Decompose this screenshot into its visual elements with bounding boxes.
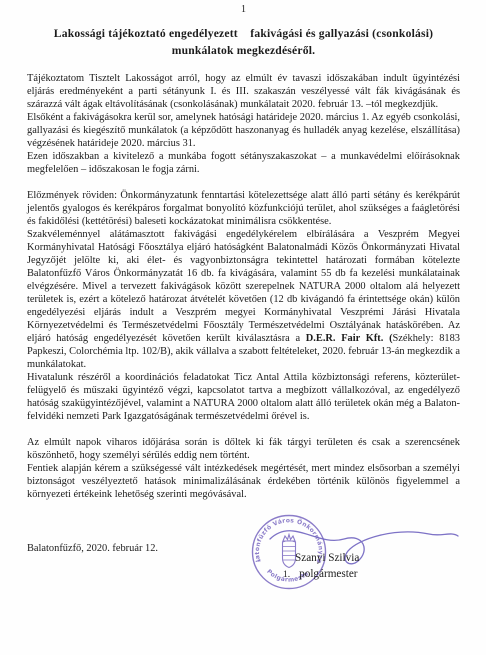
paragraph: Szakvéleménnyel alátámasztott fakivágási… bbox=[27, 228, 460, 371]
paragraph: Hivatalunk részéről a koordinációs felad… bbox=[27, 371, 460, 423]
signatory-title: 1.polgármester bbox=[283, 568, 358, 580]
signatory-title-label: polgármester bbox=[299, 568, 357, 580]
paragraph-text: Fentiek alapján kérem a szükségessé vált… bbox=[27, 463, 460, 500]
document-title: Lakossági tájékoztató engedélyezett faki… bbox=[27, 25, 460, 59]
title-line-2: munkálatok megkezdéséről. bbox=[27, 42, 460, 59]
page-number: 1 bbox=[27, 4, 460, 16]
signatory-number: 1. bbox=[283, 570, 290, 580]
paragraph-text-bold: D.E.R. Fair Kft. ( bbox=[306, 333, 393, 344]
paragraph: Előzmények röviden: Önkormányzatunk fenn… bbox=[27, 189, 460, 228]
paragraph-text: Az elmúlt napok viharos időjárása során … bbox=[27, 437, 460, 461]
title-line-1: Lakossági tájékoztató engedélyezett faki… bbox=[27, 25, 460, 42]
paragraph-text: Ezen időszakban a kivitelező a munkába f… bbox=[27, 151, 460, 175]
paragraph-text: Elsőként a fakivágásokra kerül sor, amel… bbox=[27, 112, 460, 149]
stamp-star-left-icon: ★ bbox=[257, 558, 262, 564]
dateline: Balatonfűzfő, 2020. február 12. bbox=[27, 543, 158, 554]
paragraph: Fentiek alapján kérem a szükségessé vált… bbox=[27, 462, 460, 501]
paragraph-text: Hivatalunk részéről a koordinációs felad… bbox=[27, 372, 460, 422]
paragraph-text: Szakvéleménnyel alátámasztott fakivágási… bbox=[27, 229, 460, 344]
coat-of-arms-icon bbox=[283, 535, 296, 568]
paragraph-text: Tájékoztatom Tisztelt Lakosságot arról, … bbox=[27, 73, 460, 110]
paragraph: Tájékoztatom Tisztelt Lakosságot arról, … bbox=[27, 72, 460, 111]
paragraph-text: Előzmények röviden: Önkormányzatunk fenn… bbox=[27, 190, 460, 227]
document-body: Tájékoztatom Tisztelt Lakosságot arról, … bbox=[27, 72, 460, 501]
handwritten-signature bbox=[27, 501, 460, 631]
paragraph: Ezen időszakban a kivitelező a munkába f… bbox=[27, 150, 460, 176]
document-page: 1 Lakossági tájékoztató engedélyezett fa… bbox=[0, 0, 486, 655]
paragraph: Az elmúlt napok viharos időjárása során … bbox=[27, 436, 460, 462]
signatory-name: Szanyi Szilvia bbox=[295, 552, 359, 564]
document-footer: Balatonfűzfő, 2020. február 12. Balatonf… bbox=[27, 501, 460, 631]
paragraph: Elsőként a fakivágásokra kerül sor, amel… bbox=[27, 111, 460, 150]
